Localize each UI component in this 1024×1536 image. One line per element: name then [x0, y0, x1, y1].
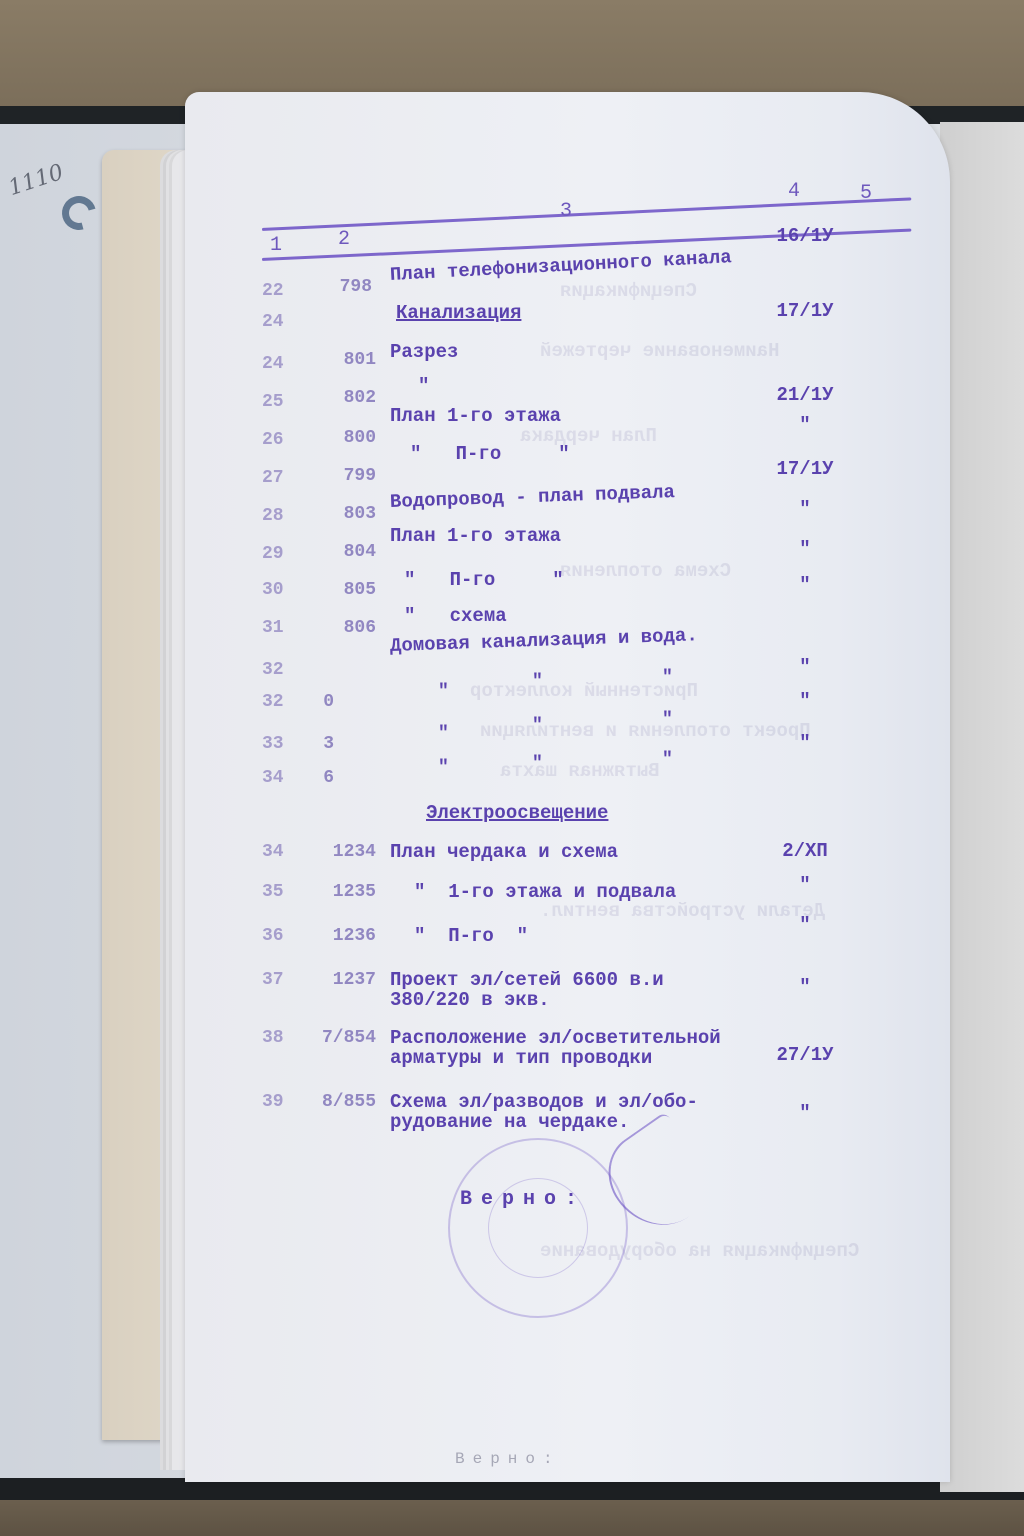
column-number-4: 4 [788, 180, 800, 203]
sheet-number: 7/854 [304, 1028, 376, 1048]
table-row: 38 7/854 Расположение эл/осветительной а… [0, 1028, 1024, 1058]
row-number: 24 [262, 312, 298, 332]
row-number: 27 [262, 468, 298, 488]
table-row: 34 6 " " " [0, 768, 1024, 798]
row-number: 30 [262, 580, 298, 600]
sheet-number: 800 [304, 428, 376, 448]
sheet-number: 1237 [304, 970, 376, 990]
row-number: 32 [262, 660, 298, 680]
desk-surface-bottom [0, 1500, 1024, 1536]
ditto-mark: " [532, 672, 543, 692]
ditto-mark: " [662, 710, 673, 730]
date: 17/1У [760, 458, 850, 480]
drawing-title: " П-го " [414, 926, 528, 946]
row-number: 25 [262, 392, 298, 412]
underlying-page-text: Верно: [455, 1450, 561, 1468]
drawing-title: " [418, 376, 429, 396]
drawing-title: " П-го " [410, 444, 570, 464]
date: " [760, 1102, 850, 1124]
drawing-title: " 1-го этажа и подвала [414, 882, 676, 902]
date: " [760, 690, 850, 712]
date: " [760, 538, 850, 560]
drawing-title: Разрез [390, 342, 458, 362]
drawing-title: План чердака и схема [390, 842, 618, 862]
drawing-title: " схема [404, 606, 507, 626]
row-number: 39 [262, 1092, 298, 1112]
table-row: 30 805 " П-го " " [0, 580, 1024, 610]
table-row: 29 804 План 1-го этажа " [0, 542, 1024, 572]
date: " [760, 414, 850, 436]
sheet-number: 3 [262, 734, 334, 754]
date: " [760, 732, 850, 754]
date: 2/ХП [760, 840, 850, 862]
sheet-number: 801 [304, 350, 376, 370]
table-row: 33 3 " " " " [0, 734, 1024, 764]
column-number-2: 2 [338, 228, 350, 251]
sheet-number: 804 [304, 542, 376, 562]
date: " [760, 914, 850, 936]
ditto-mark: " [532, 754, 543, 774]
date: 21/1У [760, 384, 850, 406]
row-number: 31 [262, 618, 298, 638]
date: " [760, 874, 850, 896]
row-number: 22 [262, 281, 298, 301]
date: 16/1У [760, 225, 850, 247]
column-number-1: 1 [270, 234, 282, 257]
sheet-number: 799 [304, 466, 376, 486]
sheet-number: 806 [304, 618, 376, 638]
certification-label: Верно: [460, 1188, 586, 1211]
ditto-mark: " [438, 724, 449, 744]
sheet-number: 1234 [304, 842, 376, 862]
table-row: 39 8/855 Схема эл/разводов и эл/обо- руд… [0, 1092, 1024, 1122]
table-row: 37 1237 Проект эл/сетей 6600 в.и 380/220… [0, 970, 1024, 1000]
table-row: 32 0 " " " " [0, 692, 1024, 722]
table-row: 36 1236 " П-го " " [0, 926, 1024, 956]
sheet-number: 8/855 [304, 1092, 376, 1112]
date: 17/1У [760, 300, 850, 322]
ditto-mark: " [662, 750, 673, 770]
ditto-mark: " [438, 682, 449, 702]
sheet-number: 6 [262, 768, 334, 788]
column-number-3: 3 [560, 200, 572, 223]
drawing-title: " П-го " [404, 570, 564, 590]
row-number: 37 [262, 970, 298, 990]
drawing-title: План 1-го этажа [390, 526, 561, 546]
table-row: 34 1234 План чердака и схема 2/ХП [0, 842, 1024, 872]
table-row: 35 1235 " 1-го этажа и подвала " [0, 882, 1024, 912]
row-number: 29 [262, 544, 298, 564]
row-number: 24 [262, 354, 298, 374]
date: " [760, 574, 850, 596]
table-row: 22 798 План телефонизационного канала 16… [0, 255, 1024, 285]
sheet-number: 0 [262, 692, 334, 712]
date: 27/1У [760, 1044, 850, 1066]
row-number: 28 [262, 506, 298, 526]
table-row: 32 Домовая канализация и вода. " [0, 660, 1024, 690]
row-number: 35 [262, 882, 298, 902]
ditto-mark: " [438, 758, 449, 778]
row-number: 26 [262, 430, 298, 450]
date: " [760, 656, 850, 678]
date: " [760, 498, 850, 520]
section-heading-elektroosveshchenie: Электроосвещение [426, 802, 608, 824]
ditto-mark: " [662, 668, 673, 688]
ditto-mark: " [532, 716, 543, 736]
column-number-5: 5 [860, 182, 872, 205]
sheet-number: 1235 [304, 882, 376, 902]
drawing-title: Расположение эл/осветительной арматуры и… [390, 1028, 721, 1068]
sheet-number: 803 [304, 504, 376, 524]
drawing-title: Проект эл/сетей 6600 в.и 380/220 в экв. [390, 970, 664, 1010]
table-row: 24 801 Разрез [0, 350, 1024, 380]
table-row: 24 17/1У [0, 312, 1024, 342]
row-number: 38 [262, 1028, 298, 1048]
row-number: 36 [262, 926, 298, 946]
sheet-number: 805 [304, 580, 376, 600]
sheet-number: 802 [304, 388, 376, 408]
sheet-number: 798 [300, 277, 372, 297]
drawing-title: План 1-го этажа [390, 406, 561, 426]
sheet-number: 1236 [304, 926, 376, 946]
date: " [760, 976, 850, 998]
row-number: 34 [262, 842, 298, 862]
